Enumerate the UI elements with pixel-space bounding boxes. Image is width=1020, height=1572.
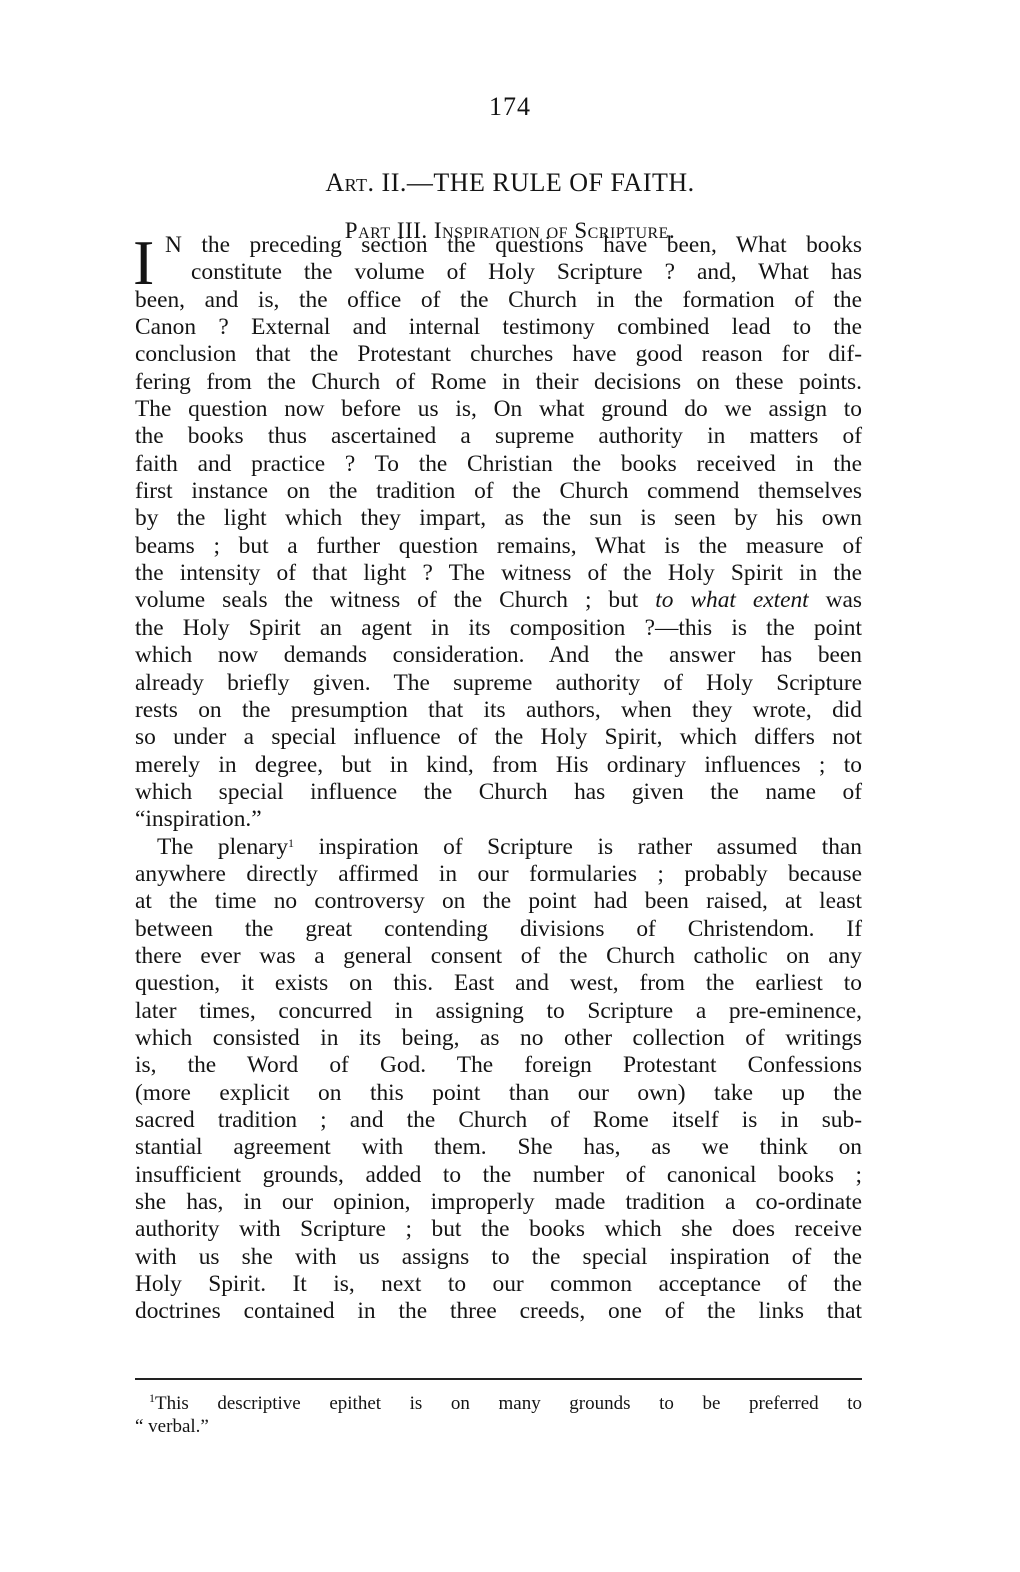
text-line: Holy Spirit. It is, next to our common a… <box>135 1271 862 1298</box>
footnote-text: This descriptive epithet is on many grou… <box>155 1393 862 1414</box>
body-text: I N the preceding section the questions … <box>135 232 862 1326</box>
text-line-with-italic: volume seals the witness of the Church ;… <box>135 587 862 614</box>
text-segment: volume seals the witness of the Church ;… <box>135 587 655 613</box>
text-line: stantial agreement with them. She has, a… <box>135 1134 862 1161</box>
text-line: Canon ? External and internal testimony … <box>135 314 862 341</box>
text-line: with us she with us assigns to the speci… <box>135 1244 862 1271</box>
text-line: authority with Scripture ; but the books… <box>135 1216 862 1243</box>
text-line: merely in degree, but in kind, from His … <box>135 752 862 779</box>
text-line-with-footnote-ref: The plenary1 inspiration of Scripture is… <box>135 834 862 861</box>
text-line: which consisted in its being, as no othe… <box>135 1025 862 1052</box>
footnote: 1This descriptive epithet is on many gro… <box>135 1392 862 1438</box>
text-line: already briefly given. The supreme autho… <box>135 670 862 697</box>
italic-phrase: to what extent <box>655 587 808 613</box>
text-line: rests on the presumption that its author… <box>135 697 862 724</box>
text-line: constitute the volume of Holy Scripture … <box>135 259 862 286</box>
article-title: Art. II.—THE RULE OF FAITH. <box>0 168 1020 198</box>
text-line: question, it exists on this. East and we… <box>135 970 862 997</box>
title-prefix: Art. <box>325 168 374 197</box>
text-line: fering from the Church of Rome in their … <box>135 369 862 396</box>
footnote-line: “ verbal.” <box>135 1415 862 1438</box>
text-line: between the great contending divisions o… <box>135 916 862 943</box>
text-line: (more explicit on this point than our ow… <box>135 1080 862 1107</box>
text-line: there ever was a general consent of the … <box>135 943 862 970</box>
text-line: she has, in our opinion, improperly made… <box>135 1189 862 1216</box>
text-line: the books thus ascertained a supreme aut… <box>135 423 862 450</box>
text-line: sacred tradition ; and the Church of Rom… <box>135 1107 862 1134</box>
text-line: by the light which they impart, as the s… <box>135 505 862 532</box>
text-line: N the preceding section the questions ha… <box>135 232 862 259</box>
text-line: been, and is, the office of the Church i… <box>135 287 862 314</box>
text-line: conclusion that the Protestant churches … <box>135 341 862 368</box>
text-segment: inspiration of Scripture is rather assum… <box>294 834 862 860</box>
text-line: beams ; but a further question remains, … <box>135 533 862 560</box>
footnote-divider <box>135 1378 862 1380</box>
text-line: which now demands consideration. And the… <box>135 642 862 669</box>
page-number: 174 <box>0 92 1020 122</box>
drop-cap: I <box>133 236 154 290</box>
text-segment: The plenary <box>157 834 288 860</box>
text-line: first instance on the tradition of the C… <box>135 478 862 505</box>
text-line: is, the Word of God. The foreign Protest… <box>135 1052 862 1079</box>
text-segment: was <box>809 587 862 613</box>
text-line: anywhere directly affirmed in our formul… <box>135 861 862 888</box>
text-line: the Holy Spirit an agent in its composit… <box>135 615 862 642</box>
footnote-line: 1This descriptive epithet is on many gro… <box>135 1392 862 1415</box>
text-line: later times, concurred in assigning to S… <box>135 998 862 1025</box>
title-text: II.—THE RULE OF FAITH. <box>375 168 695 197</box>
text-line: which special influence the Church has g… <box>135 779 862 806</box>
text-line: at the time no controversy on the point … <box>135 888 862 915</box>
text-line: doctrines contained in the three creeds,… <box>135 1298 862 1325</box>
text-line: The question now before us is, On what g… <box>135 396 862 423</box>
text-line: “inspiration.” <box>135 806 862 833</box>
text-line: faith and practice ? To the Christian th… <box>135 451 862 478</box>
text-line: insufficient grounds, added to the numbe… <box>135 1162 862 1189</box>
text-line: the intensity of that light ? The witnes… <box>135 560 862 587</box>
text-line: so under a special influence of the Holy… <box>135 724 862 751</box>
